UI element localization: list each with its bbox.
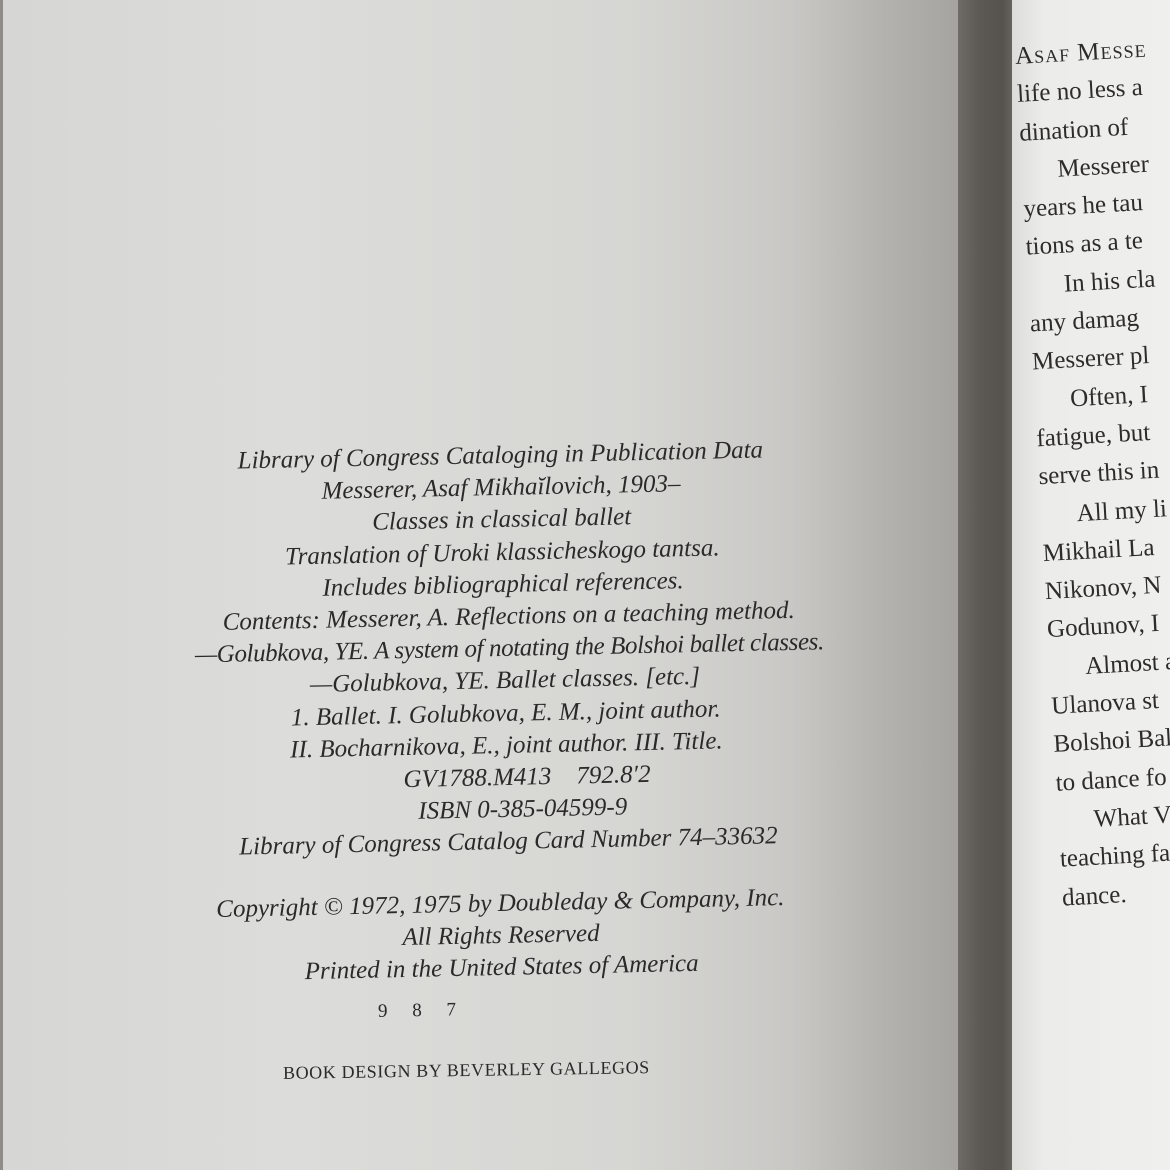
copyright-block: Copyright © 1972, 1975 by Doubleday & Co…	[100, 880, 902, 993]
right-page-text: Asaf Messe life no less a dination of Me…	[1014, 16, 1170, 918]
right-line: Asaf Messe	[1014, 16, 1170, 77]
book-gutter-shadow	[958, 0, 1014, 1170]
right-page: Asaf Messe life no less a dination of Me…	[1012, 0, 1170, 1170]
page-edge	[0, 0, 3, 1170]
cataloging-in-publication-block: Library of Congress Cataloging in Public…	[90, 431, 919, 867]
left-page: Library of Congress Cataloging in Public…	[0, 0, 962, 1170]
printing-numbers: 9 8 7	[378, 999, 466, 1023]
book-design-credit: BOOK DESIGN BY BEVERLEY GALLEGOS	[283, 1057, 650, 1084]
